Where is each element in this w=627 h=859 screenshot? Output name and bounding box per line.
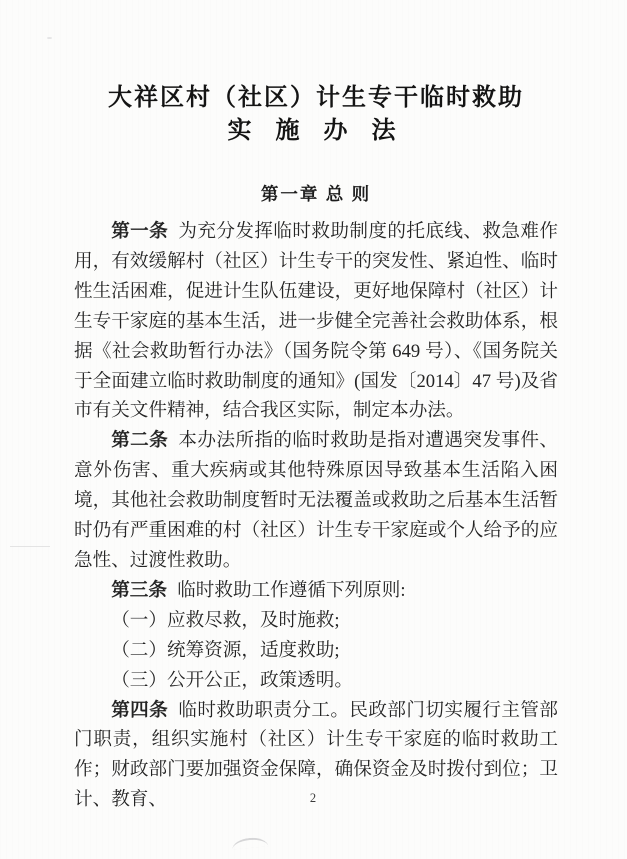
document-title-line2: 实 施 办 法 [74, 115, 558, 148]
list-item-principle-3: （三）公开公正，政策透明。 [74, 666, 558, 696]
chapter-heading: 第一章 总 则 [74, 183, 558, 205]
scan-speck [47, 37, 52, 39]
article-4-label: 第四条 [111, 700, 168, 721]
principle-2-text: （二）统筹资源，适度救助; [111, 640, 339, 661]
article-2-label: 第二条 [111, 430, 168, 451]
paragraph-article-2: 第二条本办法所指的临时救助是指对遭遇突发事件、意外伤害、重大疾病或其他特殊原因导… [74, 426, 558, 576]
article-2-text: 本办法所指的临时救助是指对遭遇突发事件、意外伤害、重大疾病或其他特殊原因导致基本… [74, 430, 558, 571]
page-number: 2 [0, 791, 627, 806]
article-3-text: 临时救助工作遵循下列原则: [177, 580, 405, 601]
list-item-principle-1: （一）应救尽救，及时施救; [74, 606, 558, 636]
principle-1-text: （一）应救尽救，及时施救; [111, 610, 339, 631]
document-body: 大祥区村（社区）计生专干临时救助 实 施 办 法 第一章 总 则 第一条为充分发… [74, 0, 558, 815]
article-3-label: 第三条 [111, 580, 167, 601]
list-item-principle-2: （二）统筹资源，适度救助; [74, 636, 558, 666]
article-1-label: 第一条 [111, 221, 168, 242]
scan-smudge-left [10, 546, 50, 547]
paragraph-article-3: 第三条临时救助工作遵循下列原则: [74, 576, 558, 606]
scan-smudge-bottom [232, 836, 269, 849]
principle-3-text: （三）公开公正，政策透明。 [111, 670, 353, 691]
scanned-document-page: 大祥区村（社区）计生专干临时救助 实 施 办 法 第一章 总 则 第一条为充分发… [0, 0, 627, 859]
article-1-text: 为充分发挥临时救助制度的托底线、救急难作用，有效缓解村（社区）计生专干的突发性、… [74, 221, 558, 421]
body-text: 第一条为充分发挥临时救助制度的托底线、救急难作用，有效缓解村（社区）计生专干的突… [74, 217, 558, 815]
paragraph-article-1: 第一条为充分发挥临时救助制度的托底线、救急难作用，有效缓解村（社区）计生专干的突… [74, 217, 558, 426]
document-title: 大祥区村（社区）计生专干临时救助 实 施 办 法 [74, 82, 558, 148]
document-title-line1: 大祥区村（社区）计生专干临时救助 [74, 82, 558, 115]
